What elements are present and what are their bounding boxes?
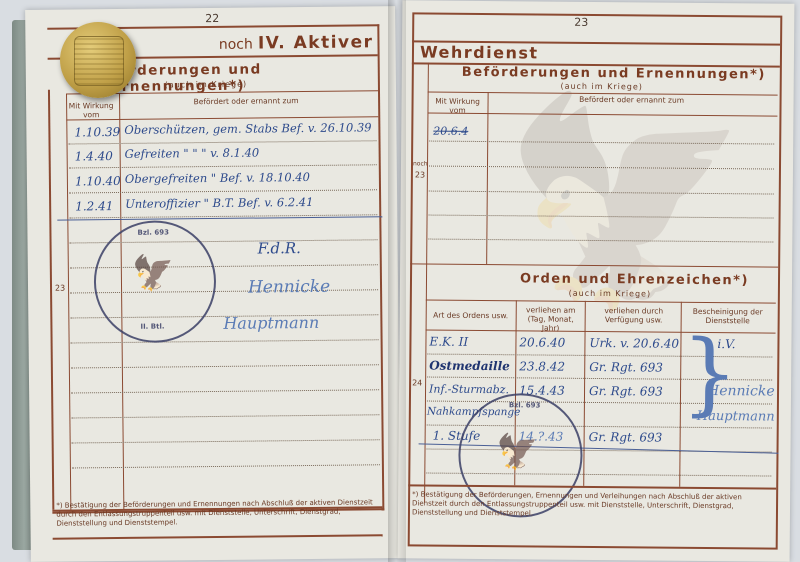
row-date: 1.2.41 bbox=[75, 199, 113, 213]
section-subtitle: (auch im Kriege) bbox=[540, 289, 680, 299]
row-date: 1.4.40 bbox=[75, 149, 113, 163]
promotion-row: 1.10.40 Obergefreiten " Bef. v. 18.10.40 bbox=[25, 6, 395, 10]
eagle-emblem-icon: 🦅 bbox=[496, 435, 539, 469]
award-row: Nahkampfspange bbox=[402, 0, 794, 3]
header-title: IV. Aktiver bbox=[258, 32, 374, 53]
row-entry: Obergefreiten " Bef. v. 18.10.40 bbox=[125, 170, 310, 186]
footnote: *) Bestätigung der Beförderungen und Ern… bbox=[56, 498, 376, 528]
award-date: 23.8.42 bbox=[519, 359, 565, 373]
award-name: Inf.-Sturmabz. bbox=[429, 383, 509, 397]
section-subtitle: (auch im Kriege) bbox=[136, 79, 276, 89]
eagle-emblem-icon: 🦅 bbox=[132, 256, 175, 290]
column-header-date: verliehen am (Tag, Monat, Jahr) bbox=[518, 305, 584, 333]
header-title: Wehrdienst bbox=[420, 42, 539, 62]
certification-rank: Hauptmann bbox=[697, 409, 775, 425]
divider bbox=[53, 534, 383, 539]
official-stamp: Bzl. 693 🦅 II. Btl. bbox=[93, 220, 216, 343]
award-by: Gr. Rgt. 693 bbox=[589, 360, 663, 375]
row-date: 1.10.39 bbox=[74, 125, 120, 139]
promotion-row: 1.2.41 Unteroffizier " B.T. Bef. v. 6.2.… bbox=[25, 6, 395, 10]
row-entry: Unteroffizier " B.T. Bef. v. 6.2.41 bbox=[125, 195, 313, 211]
section-subtitle: (auch im Kriege) bbox=[532, 81, 672, 91]
footnote: *) Bestätigung der Beförderungen, Ernenn… bbox=[412, 490, 772, 520]
signature-fdr: F.d.R. bbox=[258, 239, 301, 257]
award-row: Inf.-Sturmabz. 15.4.43 Gr. Rgt. 693 bbox=[402, 0, 794, 3]
side-number: 23 bbox=[55, 284, 65, 293]
row-entry: Oberschützen, gem. Stabs Bef. v. 26.10.3… bbox=[124, 120, 371, 137]
side-number: 24 bbox=[412, 378, 422, 387]
stamp-text-top: Bzl. 693 bbox=[509, 401, 541, 409]
section-title: Beförderungen und Ernennungen*) bbox=[462, 65, 766, 83]
award-by: Gr. Rgt. 693 bbox=[589, 430, 663, 445]
right-page: 🦅 23 Wehrdienst Beförderungen und Ernenn… bbox=[398, 0, 795, 561]
struck-date: 20.6.4 bbox=[433, 125, 468, 138]
book-gutter bbox=[388, 0, 406, 562]
award-by: Gr. Rgt. 693 bbox=[589, 384, 663, 399]
award-by: Urk. v. 20.6.40 bbox=[589, 336, 679, 351]
promotion-row: 1.10.39 Oberschützen, gem. Stabs Bef. v.… bbox=[25, 6, 395, 10]
section-title: Orden und Ehrenzeichen*) bbox=[520, 271, 749, 288]
signature: Hennicke bbox=[248, 277, 330, 298]
column-header-date: Mit Wirkung vom bbox=[66, 101, 116, 120]
stamp-text-top: Bzl. 693 bbox=[137, 228, 169, 236]
certification-signature: Hennicke bbox=[707, 383, 775, 400]
stamp-text-bottom: II. Btl. bbox=[140, 323, 164, 331]
signature-rank: Hauptmann bbox=[223, 313, 319, 333]
column-header-award: Art des Ordens usw. bbox=[427, 311, 515, 321]
header-prefix: noch bbox=[219, 37, 253, 53]
side-label: noch bbox=[413, 160, 428, 167]
coin-emblem bbox=[74, 36, 124, 86]
column-header-by: verliehen durch Verfügung usw. bbox=[588, 306, 680, 325]
certification-iv: i.V. bbox=[717, 337, 735, 351]
row-entry: Gefreiten " " " v. 8.1.40 bbox=[125, 146, 260, 161]
coin bbox=[60, 22, 136, 98]
award-name: Ostmedaille bbox=[429, 359, 510, 374]
row-date: 1.10.40 bbox=[75, 174, 121, 188]
award-row: Ostmedaille 23.8.42 Gr. Rgt. 693 bbox=[402, 0, 794, 3]
page-header: noch IV. Aktiver bbox=[175, 32, 373, 54]
page-number: 22 bbox=[205, 12, 219, 25]
award-name: E.K. II bbox=[429, 335, 468, 349]
award-date: 20.6.40 bbox=[519, 335, 565, 349]
award-row: 1. Stufe 14.?.43 Gr. Rgt. 693 bbox=[402, 0, 794, 3]
award-row: E.K. II 20.6.40 Urk. v. 20.6.40 bbox=[402, 0, 794, 3]
promotion-row: 1.4.40 Gefreiten " " " v. 8.1.40 bbox=[25, 6, 395, 10]
side-number: 23 bbox=[415, 170, 425, 179]
